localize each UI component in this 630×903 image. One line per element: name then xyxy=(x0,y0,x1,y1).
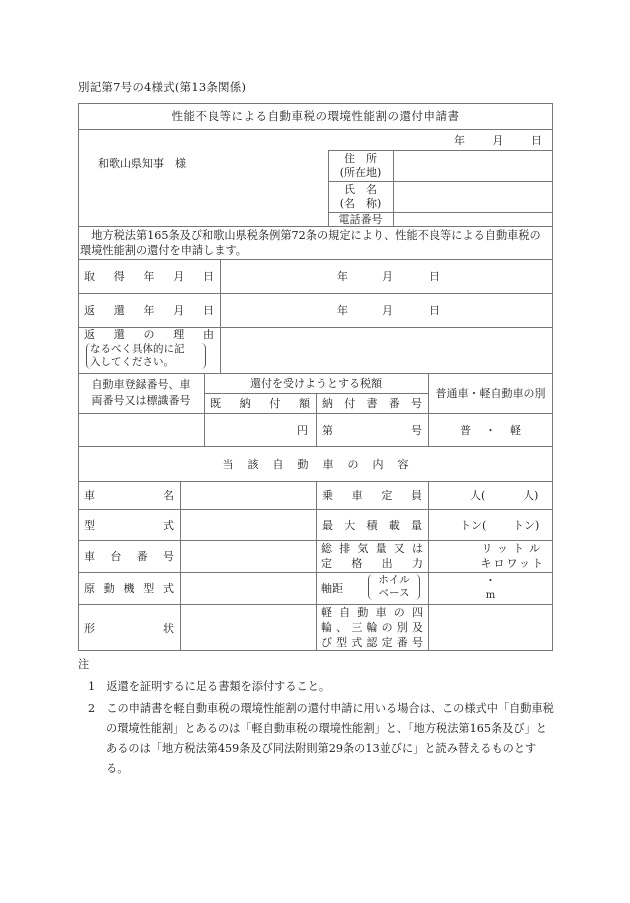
vehicle-class-selector[interactable]: 普 ・ 軽 xyxy=(428,413,553,446)
registration-number-label: 自動車登録番号、車両番号又は標識番号 xyxy=(78,373,204,413)
return-reason-label: 返還の理由 なるべく具体的に記 入してください。 xyxy=(78,328,220,373)
name-label: 氏 名(名 称) xyxy=(328,181,393,212)
return-reason-field[interactable] xyxy=(221,328,552,373)
notes: 注 1 返還を証明するに足る書類を添付すること。 2 この申請書を軽自動車税の環… xyxy=(78,655,554,779)
wheelbase-field[interactable]: ・ m xyxy=(428,573,553,604)
date-year-label: 年 xyxy=(454,132,465,148)
vehicle-class-label: 普通車・軽自動車の別 xyxy=(428,373,553,413)
engine-model-field[interactable] xyxy=(181,572,316,604)
payment-slip-field[interactable]: 第号 xyxy=(316,413,428,446)
phone-field[interactable] xyxy=(394,212,552,226)
passenger-capacity-field[interactable]: 人( 人) xyxy=(428,481,553,509)
return-reason-note: なるべく具体的に記 入してください。 xyxy=(86,343,206,369)
max-load-field[interactable]: トン( トン) xyxy=(428,509,553,540)
addressee: 和歌山県知事 様 xyxy=(98,155,186,171)
payment-slip-label: 納付書番号 xyxy=(316,393,428,413)
statement-text: 地方税法第165条及び和歌山県税条例第72条の規定により、性能不良等による自動車… xyxy=(80,228,550,258)
return-date-field[interactable]: 年 月 日 xyxy=(221,293,552,327)
car-name-field[interactable] xyxy=(181,481,316,509)
notes-heading: 注 xyxy=(78,655,554,675)
vehicle-details-header: 当該自動車の内容 xyxy=(78,446,553,481)
displacement-label: 総排気量又は 定格出力 xyxy=(316,541,428,572)
date-month-label: 月 xyxy=(493,132,504,148)
model-field[interactable] xyxy=(181,509,316,540)
address-label: 住 所(所在地) xyxy=(328,150,393,181)
paid-amount-field[interactable]: 円 xyxy=(204,413,316,446)
shape-field[interactable] xyxy=(181,604,316,651)
refund-amount-header: 還付を受けようとする税額 xyxy=(204,373,428,393)
form-title: 性能不良等による自動車税の環境性能割の還付申請書 xyxy=(78,103,553,129)
application-date[interactable]: 年 月 日 xyxy=(440,129,550,150)
acquisition-date-field[interactable]: 年 月 日 xyxy=(221,259,552,293)
chassis-number-field[interactable] xyxy=(181,540,316,572)
address-field[interactable] xyxy=(394,150,552,181)
passenger-capacity-label: 乗車定員 xyxy=(316,481,428,509)
date-day-label: 日 xyxy=(531,132,542,148)
registration-number-field[interactable] xyxy=(78,413,204,446)
chassis-number-label: 車台番号 xyxy=(78,540,180,572)
model-label: 型式 xyxy=(78,509,180,540)
wheelbase-label: 軸距 ホイル ベース xyxy=(316,572,428,604)
option-regular[interactable]: 普 xyxy=(460,422,471,438)
paid-amount-label: 既納付額 xyxy=(204,393,316,413)
max-load-label: 最大積載量 xyxy=(316,509,428,540)
yen-unit: 円 xyxy=(297,422,308,438)
phone-label: 電話番号 xyxy=(328,212,393,226)
note-1: 1 返還を証明するに足る書類を添付すること。 xyxy=(78,677,554,697)
car-name-label: 車名 xyxy=(78,481,180,509)
shape-label: 形状 xyxy=(78,604,180,651)
displacement-field[interactable]: リットル キロワット xyxy=(428,541,553,572)
name-field[interactable] xyxy=(394,181,552,212)
return-date-label: 返還年月日 xyxy=(78,293,220,327)
acquisition-date-label: 取得年月日 xyxy=(78,259,220,293)
wheel-type-certification-field[interactable] xyxy=(429,604,552,650)
option-light[interactable]: 軽 xyxy=(510,422,521,438)
wheel-type-certification-label: 軽自動車の四 輪、三輪の別及 び型式認定番号 xyxy=(316,605,428,651)
form-id: 別記第7号の4様式(第13条関係) xyxy=(78,79,246,95)
engine-model-label: 原動機型式 xyxy=(78,572,180,604)
note-2: 2 この申請書を軽自動車税の環境性能割の還付申請に用いる場合は、この様式中「自動… xyxy=(78,699,554,779)
